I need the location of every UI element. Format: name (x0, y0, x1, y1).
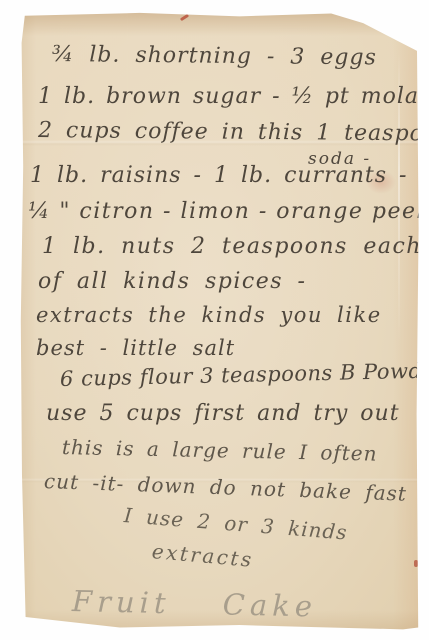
recipe-line-sugar-molasses: 1 lb. brown sugar - ½ pt molasses (38, 84, 429, 109)
recipe-line-flour-bpowd: 6 cups flour 3 teaspoons B Powd (60, 359, 423, 391)
recipe-paper: ¾ lb. shortning - 3 eggs 1 lb. brown sug… (20, 12, 419, 630)
recipe-line-salt: best - little salt (36, 336, 235, 360)
paper-speck (20, 614, 24, 618)
recipe-note-extracts: extracts (151, 539, 255, 572)
recipe-line-nuts-teaspoons: 1 lb. nuts 2 teaspoons each (42, 234, 422, 259)
recipe-line-five-cups: use 5 cups first and try out (46, 401, 400, 426)
recipe-line-spices: of all kinds spices - (38, 269, 306, 294)
paper-speck (414, 560, 418, 567)
recipe-line-raisins-currants: 1 lb. raisins - 1 lb. currants - (30, 163, 407, 188)
recipe-title: Fruit Cake (72, 584, 318, 624)
recipe-note-large-rule: this is a large rule I often (62, 435, 378, 466)
recipe-line-coffee-teaspoon: 2 cups coffee in this 1 teaspoon (38, 118, 429, 147)
recipe-line-citron-peel: ¼ " citron - limon - orange peel (28, 199, 425, 224)
recipe-line-extracts-kinds: extracts the kinds you like (36, 303, 382, 327)
recipe-note-cut-down: cut -it- down do not bake fast (44, 469, 408, 506)
recipe-line-shortening-eggs: ¾ lb. shortning - 3 eggs (52, 42, 377, 70)
scanned-document: ¾ lb. shortning - 3 eggs 1 lb. brown sug… (0, 0, 429, 640)
paper-speck (180, 14, 189, 21)
recipe-note-kinds: I use 2 or 3 kinds (123, 503, 348, 545)
